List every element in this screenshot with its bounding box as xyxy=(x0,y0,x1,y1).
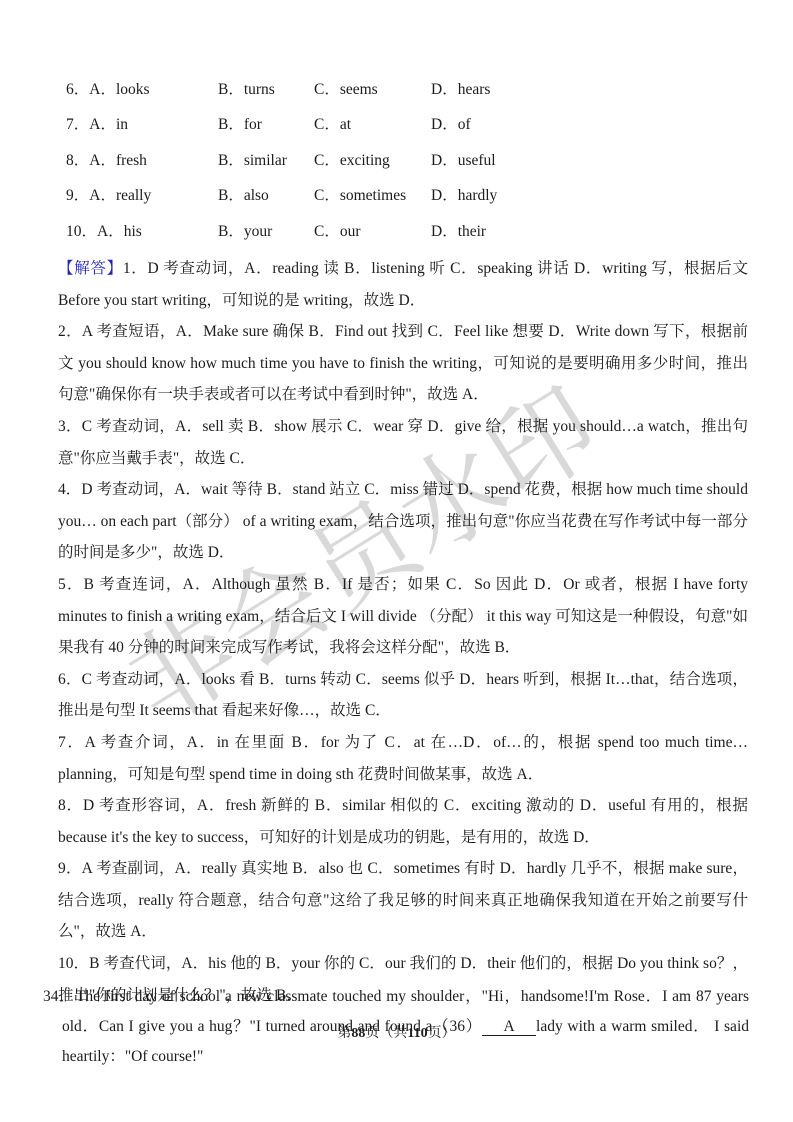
option-cell: 7．A．in xyxy=(66,107,218,142)
explanation-paragraph-4: 4．D 考查动词，A．wait 等待 B．stand 站立 C．miss 错过 … xyxy=(58,474,748,569)
explanation-section: 【解答】1．D 考查动词，A．reading 读 B．listening 听 C… xyxy=(58,253,748,1011)
explanation-paragraph-3: 3．C 考查动词，A．sell 卖 B．show 展示 C．wear 穿 D．g… xyxy=(58,411,748,474)
explanation-text: 1．D 考查动词，A．reading 读 B．listening 听 C．spe… xyxy=(58,260,748,309)
option-cell: 8．A．fresh xyxy=(66,143,218,178)
option-cell: B．similar xyxy=(218,143,314,178)
option-cell: B．turns xyxy=(218,72,314,107)
option-row-8: 8．A．fresh B．similar C．exciting D．useful xyxy=(66,143,766,178)
option-cell: 6．A．looks xyxy=(66,72,218,107)
explanation-paragraph-2: 2．A 考查短语，A．Make sure 确保 B．Find out 找到 C．… xyxy=(58,316,748,411)
option-cell: D．hears xyxy=(431,72,766,107)
option-cell: C．seems xyxy=(314,72,431,107)
options-table: 6．A．looks B．turns C．seems D．hears 7．A．in… xyxy=(66,72,766,249)
explanation-paragraph-9: 9．A 考查副词，A．really 真实地 B．also 也 C．sometim… xyxy=(58,853,748,948)
page-footer: 第88页（共110页） xyxy=(0,1024,793,1044)
option-cell: 10．A．his xyxy=(66,214,218,249)
option-row-6: 6．A．looks B．turns C．seems D．hears xyxy=(66,72,766,107)
footer-page-number: 88 xyxy=(351,1026,365,1041)
footer-suffix: 页） xyxy=(428,1026,456,1041)
document-page: 非会员水印 6．A．looks B．turns C．seems D．hears … xyxy=(0,0,793,1122)
explanation-paragraph-7: 7．A 考查介词，A．in 在里面 B．for 为了 C．at 在…D．of…的… xyxy=(58,727,748,790)
explanation-paragraph-5: 5．B 考查连词，A．Although 虽然 B．If 是否；如果 C．So 因… xyxy=(58,569,748,664)
question-number: 34． xyxy=(43,988,76,1005)
option-cell: B．for xyxy=(218,107,314,142)
footer-prefix: 第 xyxy=(337,1026,351,1041)
option-row-10: 10．A．his B．your C．our D．their xyxy=(66,214,766,249)
option-cell: C．at xyxy=(314,107,431,142)
footer-middle: 页（共 xyxy=(365,1026,407,1041)
explanation-paragraph-1: 【解答】1．D 考查动词，A．reading 读 B．listening 听 C… xyxy=(58,253,748,316)
option-cell: D．of xyxy=(431,107,766,142)
explanation-paragraph-6: 6．C 考查动词，A．looks 看 B．turns 转动 C．seems 似乎… xyxy=(58,664,748,727)
option-cell: C．our xyxy=(314,214,431,249)
option-row-7: 7．A．in B．for C．at D．of xyxy=(66,107,766,142)
option-cell: B．your xyxy=(218,214,314,249)
option-cell: D．their xyxy=(431,214,766,249)
option-row-9: 9．A．really B．also C．sometimes D．hardly xyxy=(66,178,766,213)
option-cell: C．exciting xyxy=(314,143,431,178)
option-cell: D．hardly xyxy=(431,178,766,213)
option-cell: C．sometimes xyxy=(314,178,431,213)
explanation-paragraph-8: 8．D 考查形容词，A．fresh 新鲜的 B．similar 相似的 C．ex… xyxy=(58,790,748,853)
option-cell: B．also xyxy=(218,178,314,213)
option-cell: D．useful xyxy=(431,143,766,178)
footer-total-pages: 110 xyxy=(407,1026,427,1041)
option-cell: 9．A．really xyxy=(66,178,218,213)
answer-marker: 【解答】 xyxy=(58,260,123,277)
